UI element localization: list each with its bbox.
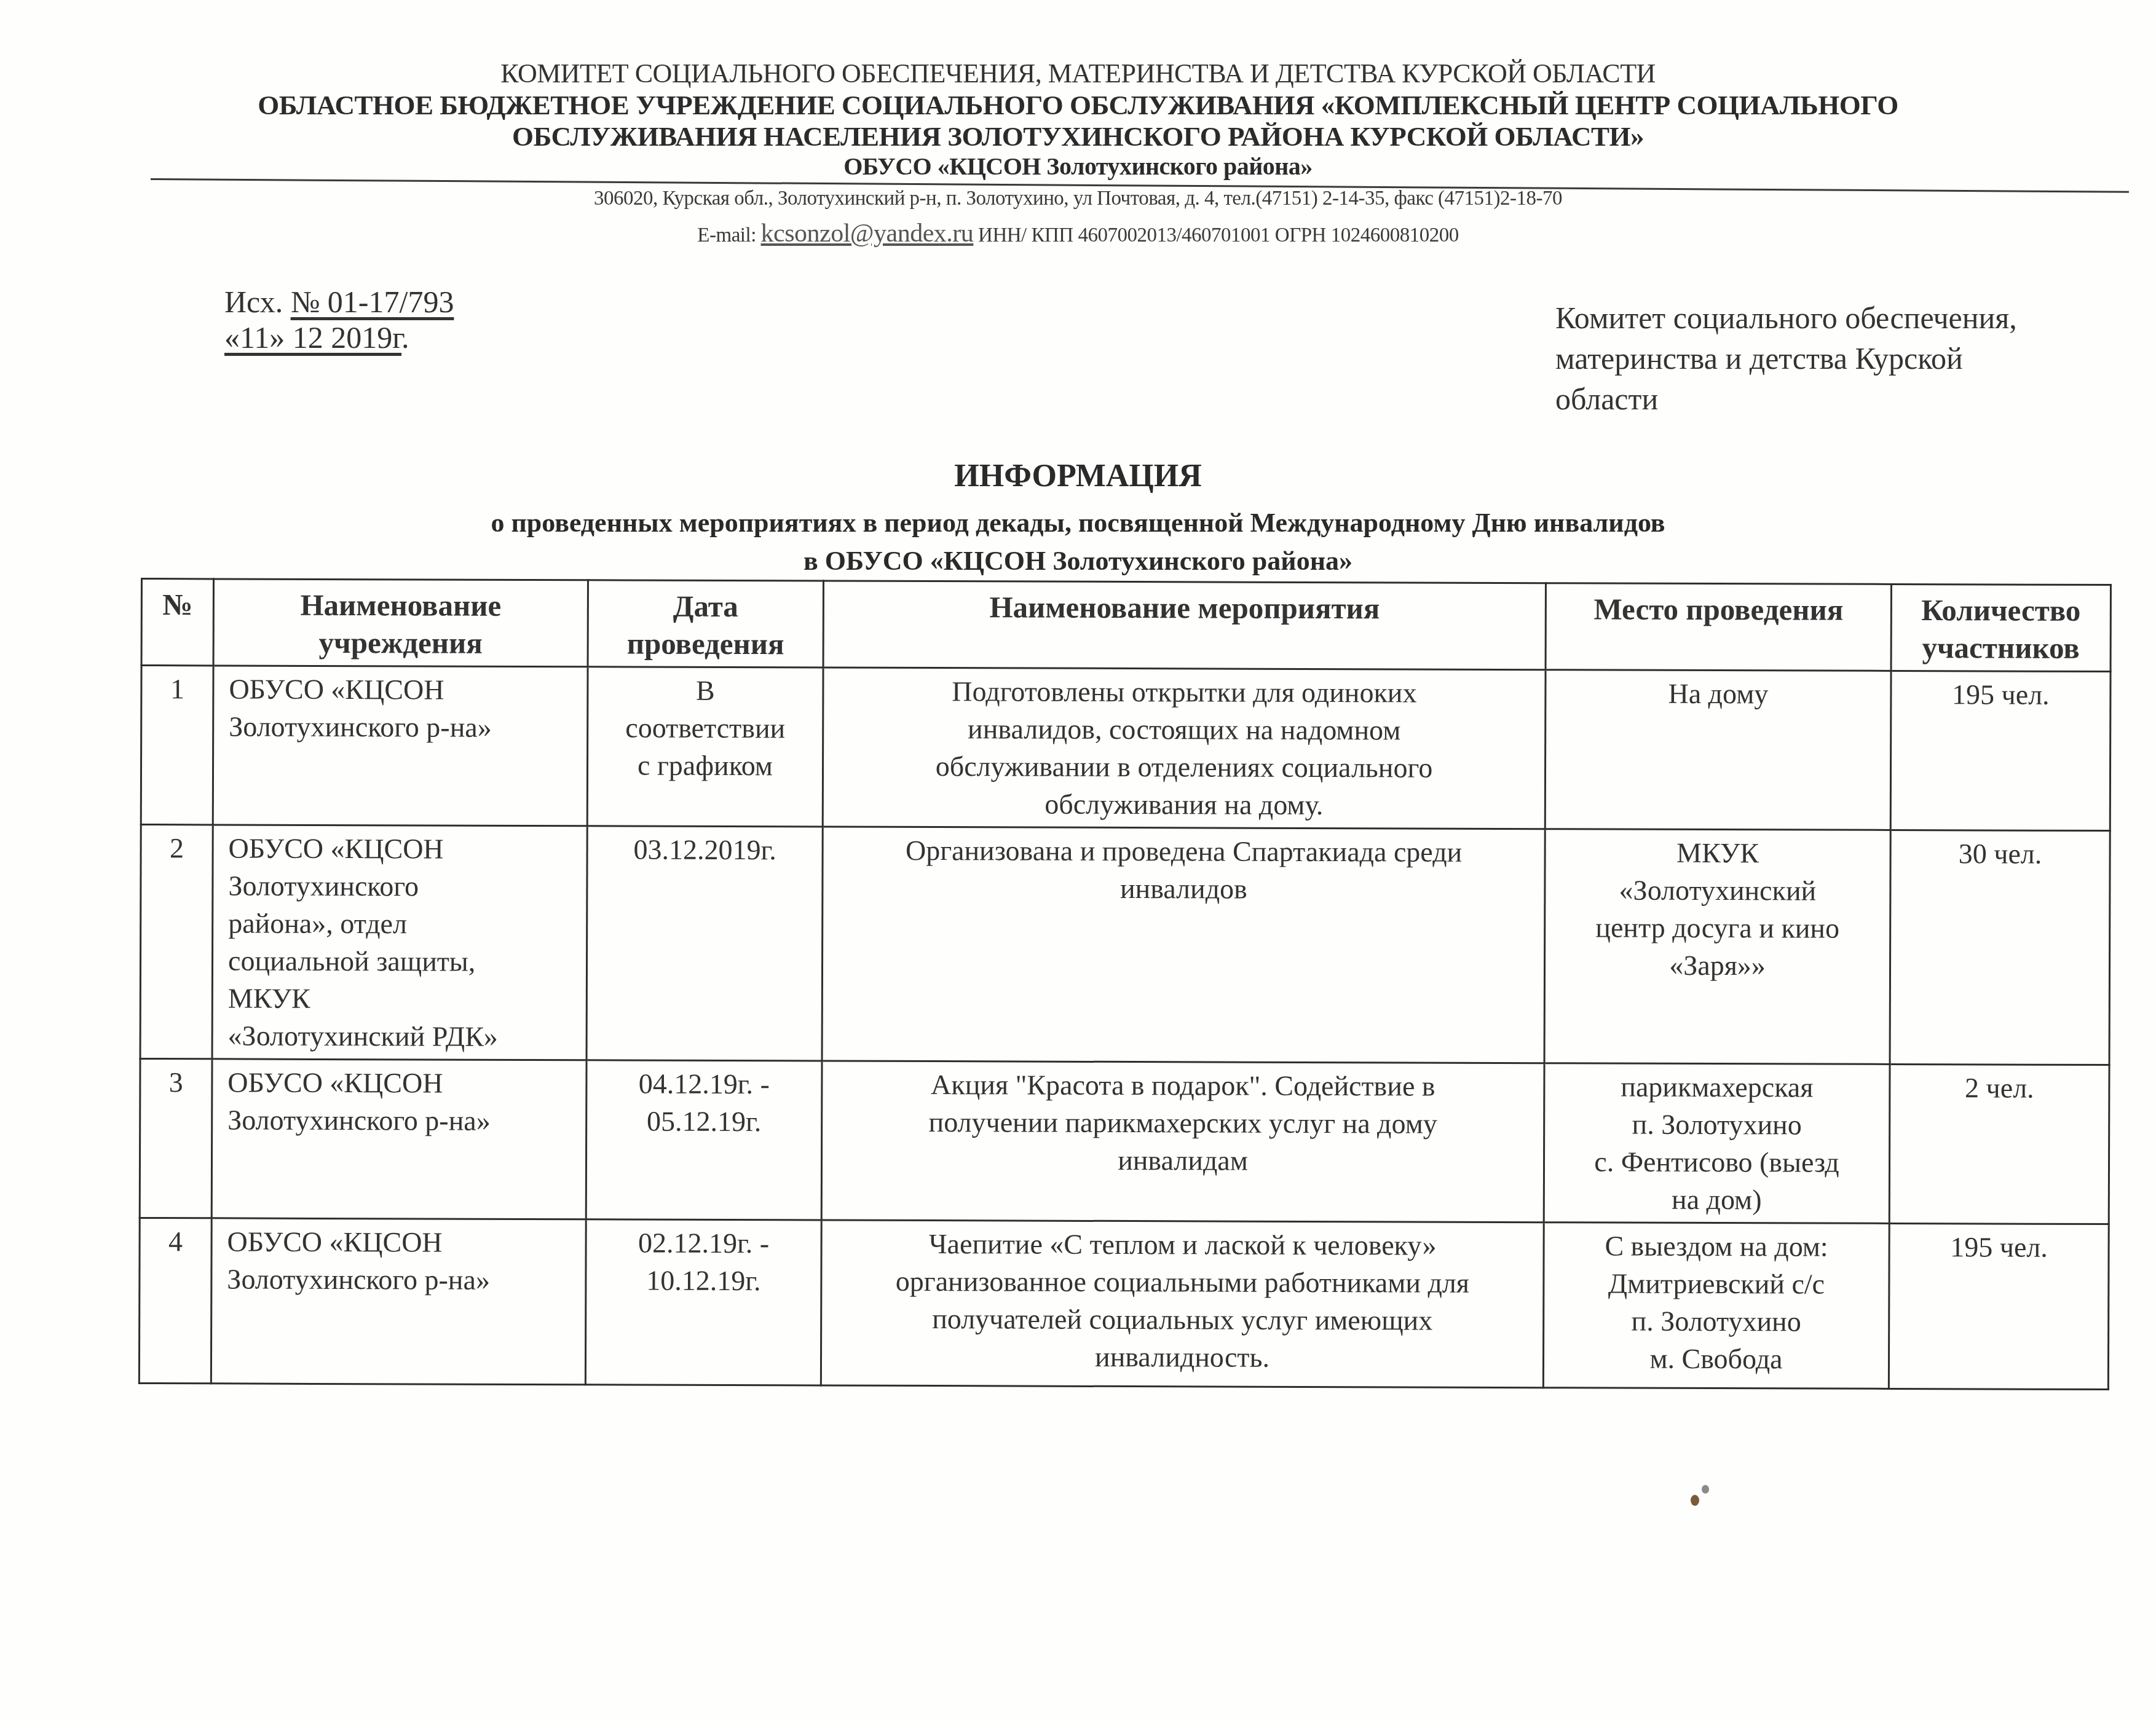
letterhead-address: 306020, Курская обл., Золотухинский р-н,… xyxy=(0,187,2156,210)
header-org: Наименованиеучреждения xyxy=(213,579,588,667)
header-place: Место проведения xyxy=(1546,583,1891,671)
document-title: ИНФОРМАЦИЯ xyxy=(0,458,2156,494)
letterhead-short-name: ОБУСО «КЦСОН Золотухинского района» xyxy=(0,152,2156,181)
recipient-line: Комитет социального обеспечения, xyxy=(1555,297,2109,338)
events-table: № Наименованиеучреждения Датапроведения … xyxy=(138,578,2112,1390)
header-count: Количествоучастников xyxy=(1891,584,2111,671)
table-row: 1ОБУСО «КЦСОНЗолотухинского р-на»Всоотве… xyxy=(141,666,2111,831)
header-num: № xyxy=(141,579,213,666)
document-subtitle-institution: в ОБУСО «КЦСОН Золотухинского района» xyxy=(0,545,2156,577)
cell-date: 02.12.19г. -10.12.19г. xyxy=(585,1219,821,1385)
cell-event: Чаепитие «С теплом и лаской к человеку»о… xyxy=(821,1220,1544,1388)
cell-count: 2 чел. xyxy=(1889,1064,2109,1224)
table-header-row: № Наименованиеучреждения Датапроведения … xyxy=(141,579,2111,672)
cell-event: Акция "Красота в подарок". Содействие вп… xyxy=(821,1061,1544,1223)
table-row: 2ОБУСО «КЦСОНЗолотухинскогорайона», отде… xyxy=(140,825,2110,1065)
recipient-line: материнства и детства Курской xyxy=(1555,338,2109,379)
cell-org: ОБУСО «КЦСОНЗолотухинскогорайона», отдел… xyxy=(212,825,587,1060)
email-label: E-mail: xyxy=(697,224,760,246)
outgoing-date-value: «11» 12 2019г xyxy=(224,320,401,355)
outgoing-number: Исх. № 01-17/793 xyxy=(224,284,454,320)
cell-num: 2 xyxy=(140,825,213,1059)
letterhead-institution-line1: ОБЛАСТНОЕ БЮДЖЕТНОЕ УЧРЕЖДЕНИЕ СОЦИАЛЬНО… xyxy=(0,89,2156,121)
letterhead-committee: КОМИТЕТ СОЦИАЛЬНОГО ОБЕСПЕЧЕНИЯ, МАТЕРИН… xyxy=(0,58,2156,89)
outgoing-prefix: Исх. xyxy=(224,285,291,319)
cell-date: 03.12.2019г. xyxy=(586,826,823,1061)
document-subtitle: о проведенных мероприятиях в период дека… xyxy=(0,507,2156,538)
cell-count: 195 чел. xyxy=(1889,1223,2109,1389)
scan-speck xyxy=(1691,1495,1699,1506)
outgoing-number-value: № 01-17/793 xyxy=(291,285,454,319)
cell-num: 3 xyxy=(140,1059,212,1218)
cell-date: 04.12.19г. -05.12.19г. xyxy=(586,1060,822,1220)
cell-place: С выездом на дом:Дмитриевский с/сп. Золо… xyxy=(1543,1223,1889,1389)
cell-num: 1 xyxy=(141,666,213,825)
email-link[interactable]: kcsonzol@yandex.ru xyxy=(761,219,974,248)
requisites: ИНН/ КПП 4607002013/460701001 ОГРН 10246… xyxy=(973,224,1458,246)
cell-count: 30 чел. xyxy=(1890,830,2110,1065)
cell-event: Подготовлены открытки для одинокихинвали… xyxy=(823,668,1546,829)
letterhead-institution-line2: ОБСЛУЖИВАНИЯ НАСЕЛЕНИЯ ЗОЛОТУХИНСКОГО РА… xyxy=(0,120,2156,152)
table-row: 4ОБУСО «КЦСОН Золотухинского р-на»02.12.… xyxy=(139,1218,2109,1389)
cell-place: На дому xyxy=(1545,670,1891,830)
outgoing-date: «11» 12 2019г. xyxy=(224,320,409,355)
header-date: Датапроведения xyxy=(588,580,823,668)
table-row: 3ОБУСО «КЦСОН Золотухинского р-на»04.12.… xyxy=(140,1059,2109,1224)
letterhead-contacts: E-mail: kcsonzol@yandex.ru ИНН/ КПП 4607… xyxy=(0,219,2156,248)
cell-event: Организована и проведена Спартакиада сре… xyxy=(822,827,1545,1063)
cell-org: ОБУСО «КЦСОН Золотухинского р-на» xyxy=(211,1218,586,1385)
cell-date: Всоответствиис графиком xyxy=(587,667,823,827)
recipient-line: области xyxy=(1555,379,2109,419)
cell-place: МКУК«Золотухинскийцентр досуга и кино«За… xyxy=(1544,829,1890,1065)
cell-org: ОБУСО «КЦСОН Золотухинского р-на» xyxy=(211,1059,586,1219)
scan-speck xyxy=(1702,1485,1709,1494)
cell-org: ОБУСО «КЦСОНЗолотухинского р-на» xyxy=(213,666,588,826)
recipient-block: Комитет социального обеспечения, материн… xyxy=(1555,297,2109,419)
cell-place: парикмахерскаяп. Золотухинос. Фентисово … xyxy=(1544,1063,1890,1224)
cell-num: 4 xyxy=(139,1218,211,1383)
outgoing-date-suffix: . xyxy=(401,320,409,355)
cell-count: 195 чел. xyxy=(1890,671,2111,830)
header-event: Наименование мероприятия xyxy=(823,581,1546,670)
